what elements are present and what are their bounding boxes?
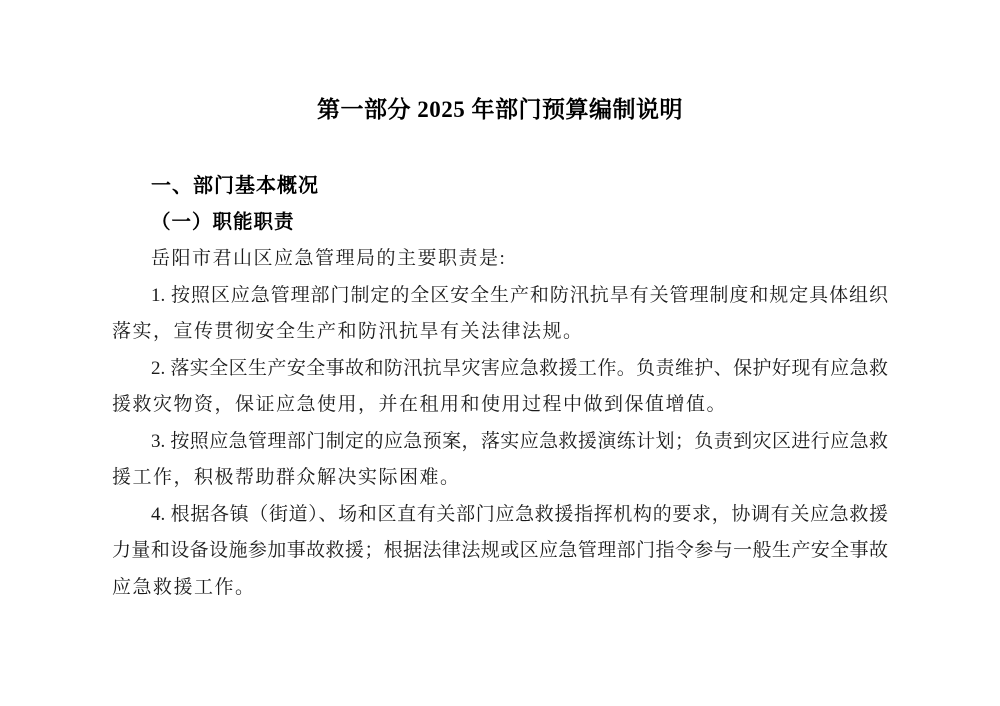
document-page: 第一部分 2025 年部门预算编制说明 一、部门基本概况 （一）职能职责 岳阳市…	[0, 0, 1000, 706]
document-body: 一、部门基本概况 （一）职能职责 岳阳市君山区应急管理局的主要职责是: 1. 按…	[112, 168, 888, 606]
paragraph-line: 落实，宣传贯彻安全生产和防汛抗旱有关法律法规。	[112, 314, 888, 351]
document-title: 第一部分 2025 年部门预算编制说明	[0, 92, 1000, 128]
paragraph-line: 1. 按照区应急管理部门制定的全区安全生产和防汛抗旱有关管理制度和规定具体组织	[112, 278, 888, 315]
paragraph-line: 2. 落实全区生产安全事故和防汛抗旱灾害应急救援工作。负责维护、保护好现有应急救	[112, 351, 888, 388]
paragraph-line: 应急救援工作。	[112, 570, 888, 607]
paragraph-line: 援救灾物资，保证应急使用，并在租用和使用过程中做到保值增值。	[112, 387, 888, 424]
intro-line: 岳阳市君山区应急管理局的主要职责是:	[112, 241, 888, 278]
subsection-heading: （一）职能职责	[112, 205, 888, 242]
paragraph-line: 4. 根据各镇（街道）、场和区直有关部门应急救援指挥机构的要求，协调有关应急救援	[112, 497, 888, 534]
paragraph-line: 3. 按照应急管理部门制定的应急预案，落实应急救援演练计划；负责到灾区进行应急救	[112, 424, 888, 461]
section-heading: 一、部门基本概况	[112, 168, 888, 205]
paragraph-line: 力量和设备设施参加事故救援；根据法律法规或区应急管理部门指令参与一般生产安全事故	[112, 533, 888, 570]
paragraph-line: 援工作，积极帮助群众解决实际困难。	[112, 460, 888, 497]
